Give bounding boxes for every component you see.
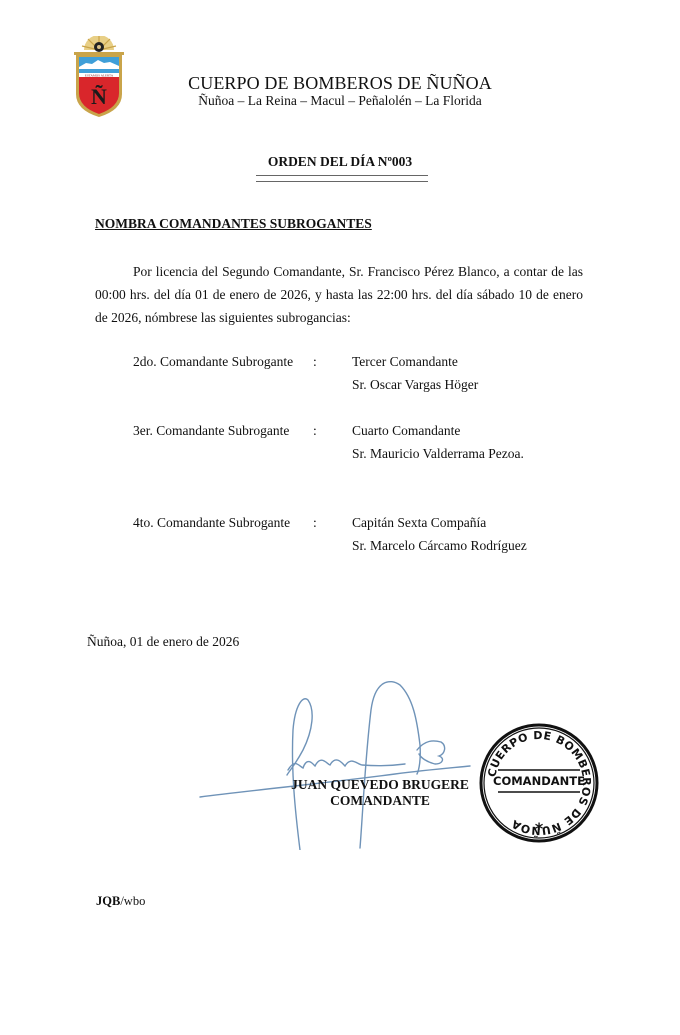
- reference-initials-rest: /wbo: [120, 894, 145, 908]
- communes-list: Ñuñoa – La Reina – Macul – Peñalolén – L…: [180, 93, 500, 109]
- body-paragraph: Por licencia del Segundo Comandante, Sr.…: [95, 260, 583, 329]
- appointment-role: 2do. Comandante Subrogante: [133, 350, 303, 373]
- appointment-role: 3er. Comandante Subrogante: [133, 419, 303, 442]
- official-seal-icon: CUERPO DE BOMBEROS DE ÑUÑOA COMANDANTE *: [478, 722, 600, 844]
- appointment-position: Tercer Comandante: [352, 350, 458, 373]
- appointment-role: 4to. Comandante Subrogante: [133, 511, 303, 534]
- order-title: ORDEN DEL DÍA Nº003: [220, 154, 460, 170]
- appointment-separator: :: [313, 419, 317, 442]
- reference-initials: JQB/wbo: [96, 894, 145, 909]
- appointment-position: Cuarto Comandante: [352, 419, 460, 442]
- signatory-title: COMANDANTE: [280, 793, 480, 809]
- appointment-separator: :: [313, 350, 317, 373]
- appointment-position: Capitán Sexta Compañía: [352, 511, 486, 534]
- svg-text:ESTAMOS ALERTA: ESTAMOS ALERTA: [85, 73, 114, 77]
- organization-name: CUERPO DE BOMBEROS DE ÑUÑOA: [180, 73, 500, 94]
- svg-text:*: *: [535, 819, 544, 838]
- reference-initials-bold: JQB: [96, 894, 120, 908]
- appointment-person: Sr. Marcelo Cárcamo Rodríguez: [352, 534, 527, 557]
- fire-brigade-crest-icon: ESTAMOS ALERTA Ñ: [74, 36, 124, 118]
- handwritten-signature-icon: [195, 670, 485, 850]
- title-double-rule: [256, 175, 428, 182]
- appointment-person: Sr. Mauricio Valderrama Pezoa.: [352, 442, 524, 465]
- svg-text:COMANDANTE: COMANDANTE: [493, 774, 585, 788]
- svg-text:Ñ: Ñ: [91, 84, 107, 109]
- place-and-date: Ñuñoa, 01 de enero de 2026: [87, 634, 239, 650]
- body-paragraph-text: Por licencia del Segundo Comandante, Sr.…: [95, 264, 583, 325]
- signatory-name: JUAN QUEVEDO BRUGERE: [280, 777, 480, 793]
- appointment-person: Sr. Oscar Vargas Höger: [352, 373, 478, 396]
- section-heading: NOMBRA COMANDANTES SUBROGANTES: [95, 216, 372, 232]
- appointment-separator: :: [313, 511, 317, 534]
